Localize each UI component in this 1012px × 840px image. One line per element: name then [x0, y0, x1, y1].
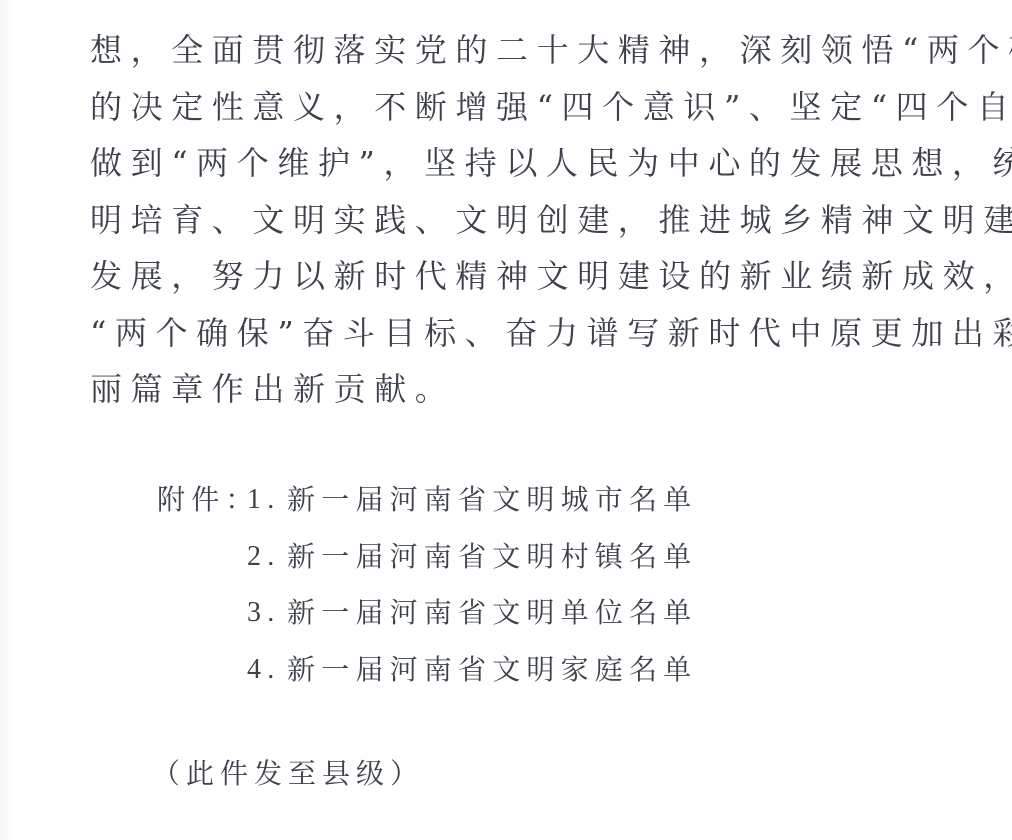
attachment-title: 新一届河南省文明单位名单	[287, 585, 697, 642]
paragraph-line: 明培育、文明实践、文明创建，推进城乡精神文明建设融合	[90, 192, 900, 249]
attachment-number: 3.	[247, 585, 287, 642]
attachment-item: 3. 新一届河南省文明单位名单	[157, 585, 697, 642]
paragraph-line: 丽篇章作出新贡献。	[90, 361, 900, 418]
attachments-label-spacer	[157, 585, 247, 642]
body-paragraph: 想，全面贯彻落实党的二十大精神，深刻领悟“两个确立” 的决定性意义，不断增强“四…	[90, 22, 900, 418]
attachment-number: 2.	[247, 529, 287, 586]
attachments-label-spacer	[157, 642, 247, 699]
attachment-number: 1.	[247, 472, 287, 529]
paragraph-line: 的决定性意义，不断增强“四个意识”、坚定“四个自信”、	[90, 79, 900, 136]
paragraph-line: 想，全面贯彻落实党的二十大精神，深刻领悟“两个确立”	[90, 22, 900, 79]
attachment-item: 附件： 1. 新一届河南省文明城市名单	[157, 472, 697, 529]
paragraph-line: 发展，努力以新时代精神文明建设的新业绩新成效，为实现	[90, 248, 900, 305]
attachments-list: 附件： 1. 新一届河南省文明城市名单 2. 新一届河南省文明村镇名单 3. 新…	[157, 472, 697, 698]
attachments-label: 附件：	[157, 472, 247, 529]
attachment-title: 新一届河南省文明村镇名单	[287, 529, 697, 586]
page-binding-edge	[0, 0, 14, 840]
distribution-note: （此件发至县级）	[152, 746, 424, 802]
paragraph-line: “两个确保”奋斗目标、奋力谱写新时代中原更加出彩的绚	[90, 305, 900, 362]
attachment-item: 4. 新一届河南省文明家庭名单	[157, 642, 697, 699]
paragraph-line: 做到“两个维护”，坚持以人民为中心的发展思想，统筹文	[90, 135, 900, 192]
attachment-title: 新一届河南省文明家庭名单	[287, 642, 697, 699]
document-page: 想，全面贯彻落实党的二十大精神，深刻领悟“两个确立” 的决定性意义，不断增强“四…	[0, 0, 1012, 840]
attachments-label-spacer	[157, 529, 247, 586]
attachment-item: 2. 新一届河南省文明村镇名单	[157, 529, 697, 586]
attachment-title: 新一届河南省文明城市名单	[287, 472, 697, 529]
attachment-number: 4.	[247, 642, 287, 699]
